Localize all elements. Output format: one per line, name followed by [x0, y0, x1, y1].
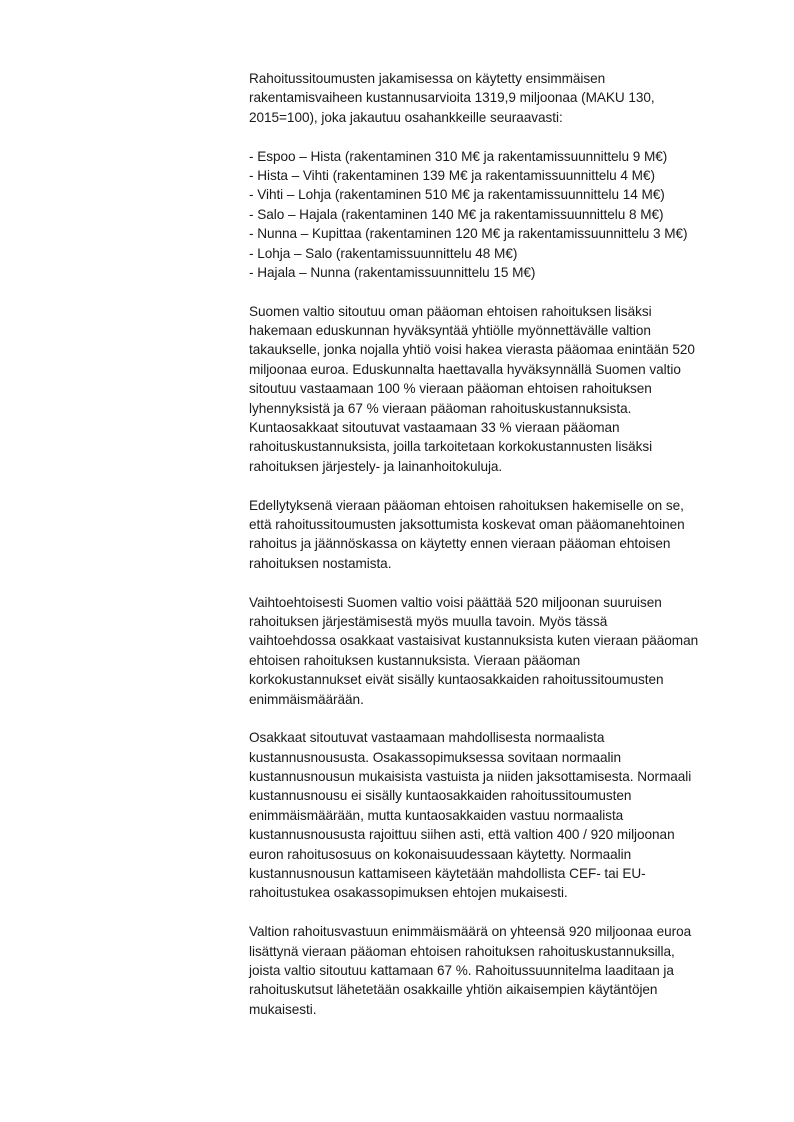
text-line: rahoituskustannuksista, joilla tarkoitet…: [249, 437, 749, 456]
text-line: rahoitus ja jäännöskassa on käytetty enn…: [249, 534, 749, 553]
paragraph-alternative: Vaihtoehtoisesti Suomen valtio voisi pää…: [249, 593, 749, 709]
text-line: kustannusnousun kattamiseen käytetään ma…: [249, 864, 749, 883]
text-line: mukaisesti.: [249, 1000, 749, 1019]
paragraph-cost-increase: Osakkaat sitoutuvat vastaamaan mahdollis…: [249, 728, 749, 903]
text-line: hakemaan eduskunnan hyväksyntää yhtiölle…: [249, 321, 749, 340]
paragraph-state-commitment: Suomen valtio sitoutuu oman pääoman ehto…: [249, 302, 749, 477]
text-line: joista valtio sitoutuu kattamaan 67 %. R…: [249, 961, 749, 980]
text-line: lyhennyksistä ja 67 % vieraan pääoman ra…: [249, 399, 749, 418]
list-item: - Hajala – Nunna (rakentamissuunnittelu …: [249, 263, 749, 282]
sections-list: - Espoo – Hista (rakentaminen 310 M€ ja …: [249, 147, 749, 283]
paragraph-intro: Rahoitussitoumusten jakamisessa on käyte…: [249, 69, 749, 127]
text-line: rahoituksen nostamista.: [249, 554, 749, 573]
text-line: kustannusnousu ei sisälly kuntaosakkaide…: [249, 786, 749, 805]
text-line: Rahoitussitoumusten jakamisessa on käyte…: [249, 69, 749, 88]
list-item: - Espoo – Hista (rakentaminen 310 M€ ja …: [249, 147, 749, 166]
text-line: enimmäismäärään.: [249, 690, 749, 709]
text-line: ehtoisen rahoituksen kustannuksista. Vie…: [249, 651, 749, 670]
text-line: rahoituskutsut lähetetään osakkaille yht…: [249, 980, 749, 999]
text-line: kustannusnousun mukaisista vastuista ja …: [249, 767, 749, 786]
text-line: lisättynä vieraan pääoman ehtoisen rahoi…: [249, 942, 749, 961]
paragraph-precondition: Edellytyksenä vieraan pääoman ehtoisen r…: [249, 496, 749, 574]
list-item: - Vihti – Lohja (rakentaminen 510 M€ ja …: [249, 185, 749, 204]
text-line: että rahoitussitoumusten jaksottumista k…: [249, 515, 749, 534]
paragraph-state-liability: Valtion rahoitusvastuun enimmäismäärä on…: [249, 922, 749, 1019]
text-line: Vaihtoehtoisesti Suomen valtio voisi pää…: [249, 593, 749, 612]
text-line: vaihtoehdossa osakkaat vastaisivat kusta…: [249, 631, 749, 650]
text-line: Edellytyksenä vieraan pääoman ehtoisen r…: [249, 496, 749, 515]
text-line: rakentamisvaiheen kustannusarvioita 1319…: [249, 88, 749, 107]
text-line: enimmäismäärään, mutta kuntaosakkaiden v…: [249, 806, 749, 825]
text-line: Suomen valtio sitoutuu oman pääoman ehto…: [249, 302, 749, 321]
list-item: - Lohja – Salo (rakentamissuunnittelu 48…: [249, 244, 749, 263]
text-line: rahoitustukea osakassopimuksen ehtojen m…: [249, 883, 749, 902]
text-line: korkokustannukset eivät sisälly kuntaosa…: [249, 670, 749, 689]
list-item: - Salo – Hajala (rakentaminen 140 M€ ja …: [249, 205, 749, 224]
text-line: takaukselle, jonka nojalla yhtiö voisi h…: [249, 340, 749, 359]
list-item: - Hista – Vihti (rakentaminen 139 M€ ja …: [249, 166, 749, 185]
text-line: euron rahoitusosuus on kokonaisuudessaan…: [249, 845, 749, 864]
text-line: Osakkaat sitoutuvat vastaamaan mahdollis…: [249, 728, 749, 747]
text-line: kustannusnoususta. Osakassopimuksessa so…: [249, 748, 749, 767]
text-line: Kuntaosakkaat sitoutuvat vastaamaan 33 %…: [249, 418, 749, 437]
list-item: - Nunna – Kupittaa (rakentaminen 120 M€ …: [249, 224, 749, 243]
text-line: rahoituksen järjestely- ja lainanhoitoku…: [249, 457, 749, 476]
document-page: Rahoitussitoumusten jakamisessa on käyte…: [249, 69, 749, 1039]
text-line: Valtion rahoitusvastuun enimmäismäärä on…: [249, 922, 749, 941]
text-line: kustannusnoususta rajoittuu siihen asti,…: [249, 825, 749, 844]
text-line: 2015=100), joka jakautuu osahankkeille s…: [249, 108, 749, 127]
text-line: sitoutuu vastaamaan 100 % vieraan pääoma…: [249, 379, 749, 398]
text-line: miljoonaa euroa. Eduskunnalta haettavall…: [249, 360, 749, 379]
text-line: rahoituksen järjestämisestä myös muulla …: [249, 612, 749, 631]
